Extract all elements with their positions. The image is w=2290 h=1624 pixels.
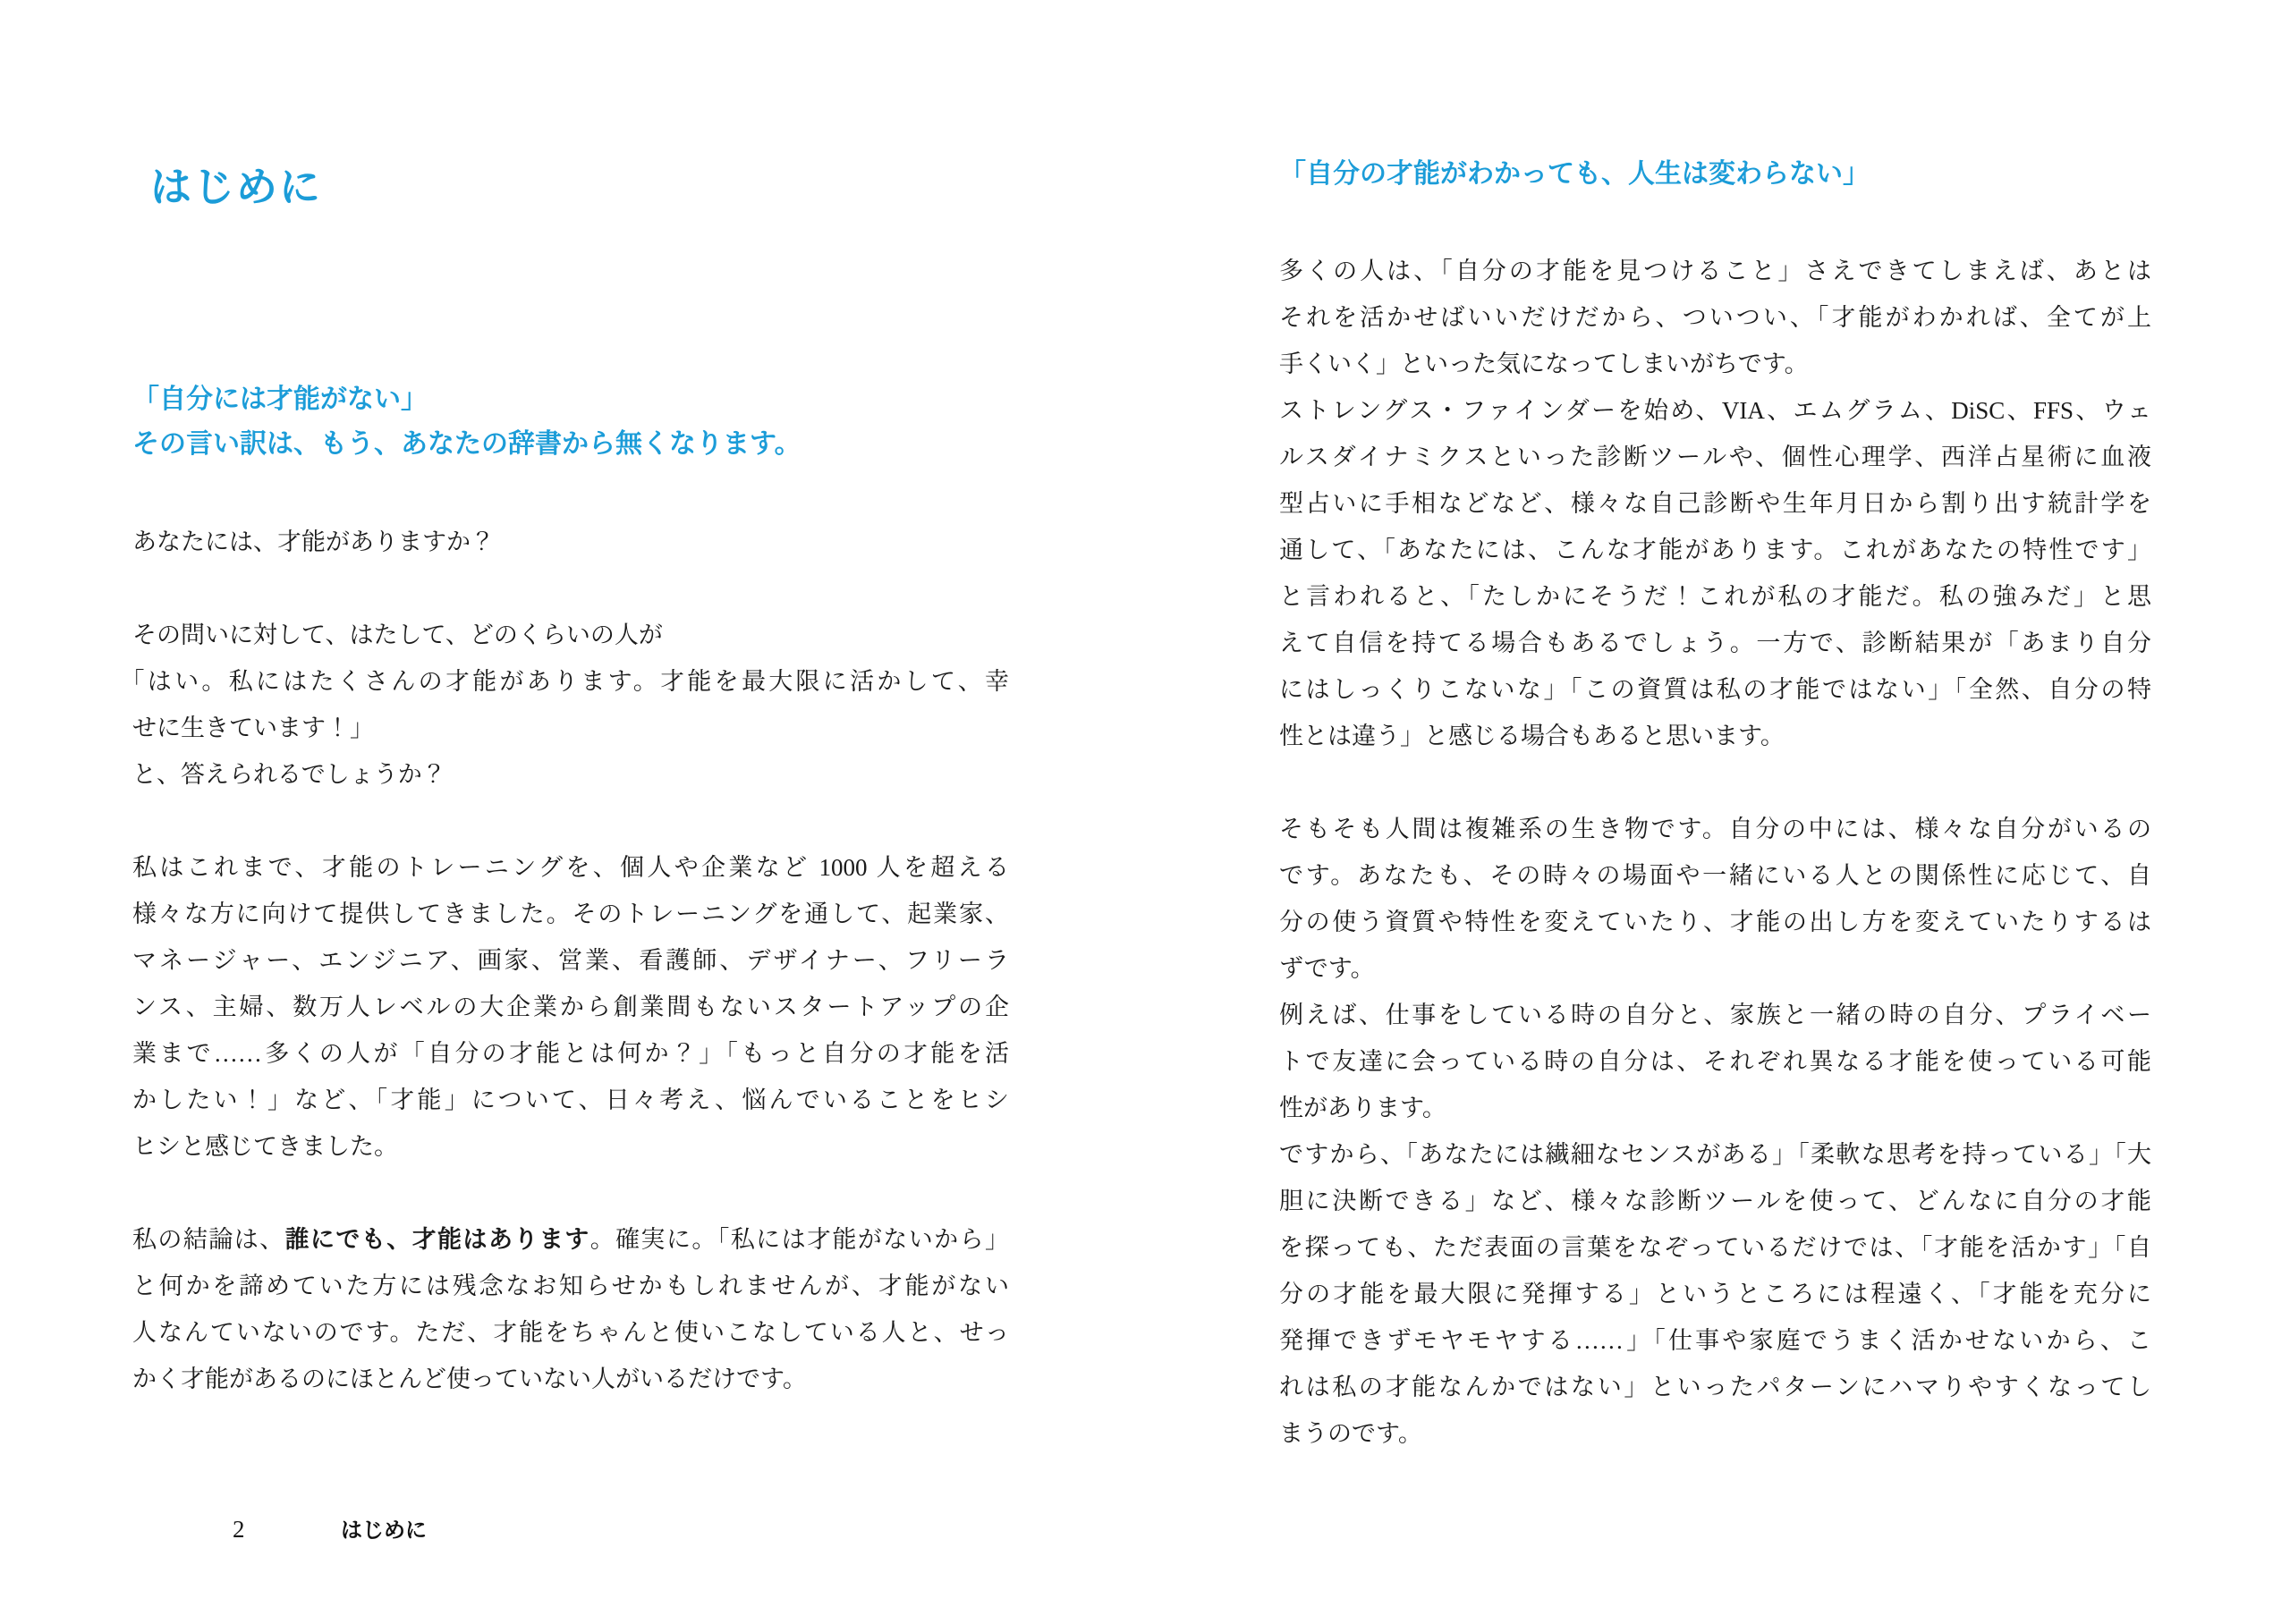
text-line: あなたには、才能がありますか？ bbox=[132, 519, 1009, 565]
subheading-line: その言い訳は、もう、あなたの辞書から無くなります。 bbox=[132, 422, 1009, 467]
text-line: れは私の才能なんかではない」といったパターンにハマりやすくなってし bbox=[1279, 1364, 2151, 1410]
text-line: かく才能があるのにほとんど使っていない人がいるだけです。 bbox=[132, 1356, 1009, 1402]
paragraph-spacer bbox=[132, 565, 1009, 612]
text-line: 発揮できずモヤモヤする……」「仕事や家庭でうまく活かせないから、こ bbox=[1279, 1317, 2151, 1364]
text-line: と何かを諦めていた方には残念なお知らせかもしれませんが、才能がない bbox=[132, 1263, 1009, 1309]
running-title: はじめに bbox=[341, 1513, 427, 1549]
text-line: 胆に決断できる」など、様々な診断ツールを使って、どんなに自分の才能 bbox=[1279, 1178, 2151, 1224]
right-body-text: 多くの人は、「自分の才能を見つけること」さえできてしまえば、あとはそれを活かせば… bbox=[1279, 248, 2151, 1457]
text-segment: 私の結論は、 bbox=[132, 1226, 285, 1253]
text-line: 性があります。 bbox=[1279, 1085, 2151, 1131]
text-line: にはしっくりこないな」「この資質は私の才能ではない」「全然、自分の特 bbox=[1279, 666, 2151, 713]
subheading-line: 「自分には才能がない」 bbox=[132, 377, 1009, 422]
text-line: その問いに対して、はたして、どのくらいの人が bbox=[132, 612, 1009, 658]
text-line: 業まで……多くの人が「自分の才能とは何か？」「もっと自分の才能を活 bbox=[132, 1030, 1009, 1077]
text-line: マネージャー、エンジニア、画家、営業、看護師、デザイナー、フリーラ bbox=[132, 937, 1009, 984]
text-line: を探っても、ただ表面の言葉をなぞっているだけでは、「才能を活かす」「自 bbox=[1279, 1224, 2151, 1271]
text-line: と言われると、「たしかにそうだ！これが私の才能だ。私の強みだ」と思 bbox=[1279, 573, 2151, 620]
text-line: ですから、「あなたには繊細なセンスがある」「柔軟な思考を持っている」「大 bbox=[1279, 1131, 2151, 1178]
left-page-footer: 2 はじめに bbox=[233, 1511, 245, 1547]
text-line: 「はい。私にはたくさんの才能があります。才能を最大限に活かして、幸 bbox=[132, 658, 1009, 705]
text-line: えて自信を持てる場合もあるでしょう。一方で、診断結果が「あまり自分 bbox=[1279, 620, 2151, 666]
text-line: 私はこれまで、才能のトレーニングを、個人や企業など 1000 人を超える bbox=[132, 844, 1009, 891]
text-line: 型占いに手相などなど、様々な自己診断や生年月日から割り出す統計学を bbox=[1279, 480, 2151, 527]
text-line: トで友達に会っている時の自分は、それぞれ異なる才能を使っている可能 bbox=[1279, 1038, 2151, 1085]
text-line: 例えば、仕事をしている時の自分と、家族と一緒の時の自分、プライベー bbox=[1279, 992, 2151, 1038]
text-line: 分の使う資質や特性を変えていたり、才能の出し方を変えていたりするは bbox=[1279, 899, 2151, 945]
paragraph-spacer bbox=[132, 1170, 1009, 1216]
left-subheading: 「自分には才能がない」その言い訳は、もう、あなたの辞書から無くなります。 bbox=[132, 377, 1009, 467]
text-line: 私の結論は、誰にでも、才能はあります。確実に。「私には才能がないから」 bbox=[132, 1216, 1009, 1263]
left-page: はじめに 「自分には才能がない」その言い訳は、もう、あなたの辞書から無くなります… bbox=[132, 0, 1009, 1624]
text-line: まうのです。 bbox=[1279, 1410, 2151, 1457]
text-line: 多くの人は、「自分の才能を見つけること」さえできてしまえば、あとは bbox=[1279, 248, 2151, 294]
text-line: ルスダイナミクスといった診断ツールや、個性心理学、西洋占星術に血液 bbox=[1279, 434, 2151, 480]
paragraph-spacer bbox=[132, 798, 1009, 844]
text-line: ンス、主婦、数万人レベルの大企業から創業間もないスタートアップの企 bbox=[132, 984, 1009, 1030]
left-body-text: あなたには、才能がありますか？その問いに対して、はたして、どのくらいの人が「はい… bbox=[132, 519, 1009, 1402]
text-line: そもそも人間は複雑系の生き物です。自分の中には、様々な自分がいるの bbox=[1279, 806, 2151, 852]
right-section-heading: 「自分の才能がわかっても、人生は変わらない」 bbox=[1279, 152, 2151, 197]
text-line: ずです。 bbox=[1279, 945, 2151, 992]
page-title: はじめに bbox=[150, 165, 322, 209]
right-page: 「自分の才能がわかっても、人生は変わらない」 多くの人は、「自分の才能を見つける… bbox=[1279, 0, 2151, 1624]
text-line: 手くいく」といった気になってしまいがちです。 bbox=[1279, 341, 2151, 387]
text-line: それを活かせばいいだけだから、ついつい、「才能がわかれば、全てが上 bbox=[1279, 294, 2151, 341]
page-number: 2 bbox=[233, 1516, 245, 1543]
text-line: ストレングス・ファインダーを始め、VIA、エムグラム、DiSC、FFS、ウェ bbox=[1279, 387, 2151, 434]
text-line: 人なんていないのです。ただ、才能をちゃんと使いこなしている人と、せっ bbox=[132, 1309, 1009, 1356]
text-line: ヒシと感じてきました。 bbox=[132, 1123, 1009, 1170]
text-line: 分の才能を最大限に発揮する」というところには程遠く、「才能を充分に bbox=[1279, 1271, 2151, 1317]
bold-emphasis: 誰にでも、才能はあります bbox=[285, 1226, 590, 1253]
paragraph-spacer bbox=[1279, 759, 2151, 806]
text-segment: 。確実に。「私には才能がないから」 bbox=[590, 1226, 1009, 1253]
text-line: 性とは違う」と感じる場合もあると思います。 bbox=[1279, 713, 2151, 759]
book-spread: はじめに 「自分には才能がない」その言い訳は、もう、あなたの辞書から無くなります… bbox=[0, 0, 2290, 1624]
text-line: かしたい！」など、「才能」について、日々考え、悩んでいることをヒシ bbox=[132, 1077, 1009, 1123]
text-line: せに生きています！」 bbox=[132, 705, 1009, 751]
text-line: 通して、「あなたには、こんな才能があります。これがあなたの特性です」 bbox=[1279, 527, 2151, 573]
text-line: と、答えられるでしょうか？ bbox=[132, 751, 1009, 798]
text-line: 様々な方に向けて提供してきました。そのトレーニングを通して、起業家、 bbox=[132, 891, 1009, 937]
text-line: です。あなたも、その時々の場面や一緒にいる人との関係性に応じて、自 bbox=[1279, 852, 2151, 899]
